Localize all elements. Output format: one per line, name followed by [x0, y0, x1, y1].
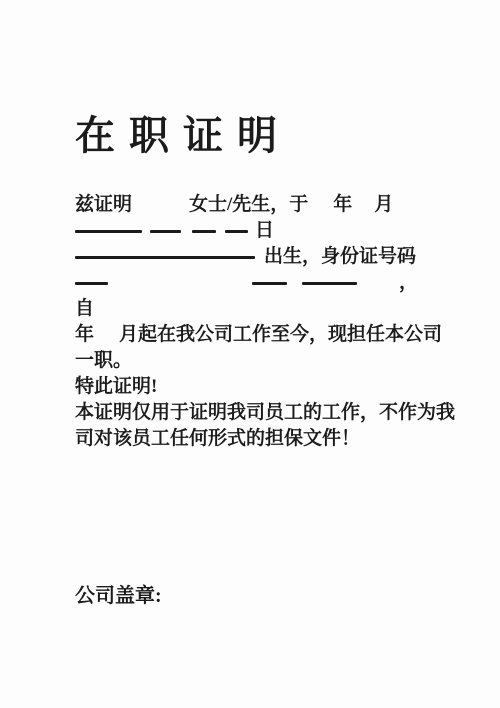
body-line: 特此证明!: [75, 374, 490, 400]
space-gap: [181, 231, 192, 232]
company-seal-label: 公司盖章:: [75, 583, 162, 609]
space-gap: [94, 335, 119, 336]
blank-field: [75, 256, 255, 259]
body-line: ，: [75, 270, 490, 296]
body-line: 年月起在我公司工作至今，现担任本公司: [75, 322, 490, 348]
space-gap: [255, 257, 264, 258]
body-line: 一职。: [75, 348, 490, 374]
space-gap: [352, 205, 374, 206]
blank-field: [192, 230, 216, 233]
body-line: 兹证明女士/先生，于年月: [75, 192, 490, 218]
space-gap: [132, 205, 189, 206]
body-line: 司对该员工任何形式的担保文件！: [75, 426, 490, 452]
space-gap: [142, 231, 150, 232]
body-line: 日: [75, 218, 490, 244]
space-gap: [216, 231, 225, 232]
text-run: 日: [255, 218, 274, 244]
text-run: 出生，身份证号码: [264, 244, 416, 270]
body-line: 自: [75, 296, 490, 322]
text-run: 兹证明: [75, 192, 132, 218]
space-gap: [287, 283, 302, 284]
blank-field: [75, 230, 142, 233]
certificate-body: 兹证明女士/先生，于年月日出生，身份证号码，自年月起在我公司工作至今，现担任本公…: [75, 192, 490, 452]
text-run: ，: [399, 270, 418, 296]
space-gap: [248, 231, 255, 232]
text-run: 年: [75, 322, 94, 348]
text-run: 月: [374, 192, 393, 218]
certificate-page: 在 职 证 明 兹证明女士/先生，于年月日出生，身份证号码，自年月起在我公司工作…: [0, 0, 500, 708]
space-gap: [108, 283, 252, 284]
text-run: 一职。: [75, 348, 132, 374]
blank-field: [150, 230, 181, 233]
space-gap: [357, 283, 399, 284]
text-run: 本证明仅用于证明我司员工的工作，不作为我: [75, 400, 455, 426]
body-line: 本证明仅用于证明我司员工的工作，不作为我: [75, 400, 490, 426]
blank-field: [75, 282, 108, 285]
body-line: 出生，身份证号码: [75, 244, 490, 270]
blank-field: [225, 230, 248, 233]
text-run: 年: [333, 192, 352, 218]
text-run: 自: [75, 296, 94, 322]
space-gap: [308, 205, 333, 206]
text-run: 女士/先生，于: [189, 192, 308, 218]
certificate-title: 在 职 证 明: [75, 112, 279, 160]
text-run: 司对该员工任何形式的担保文件！: [75, 426, 360, 452]
text-run: 月起在我公司工作至今，现担任本公司: [119, 322, 442, 348]
blank-field: [252, 282, 287, 285]
blank-field: [302, 282, 357, 285]
text-run: 特此证明!: [75, 374, 157, 400]
